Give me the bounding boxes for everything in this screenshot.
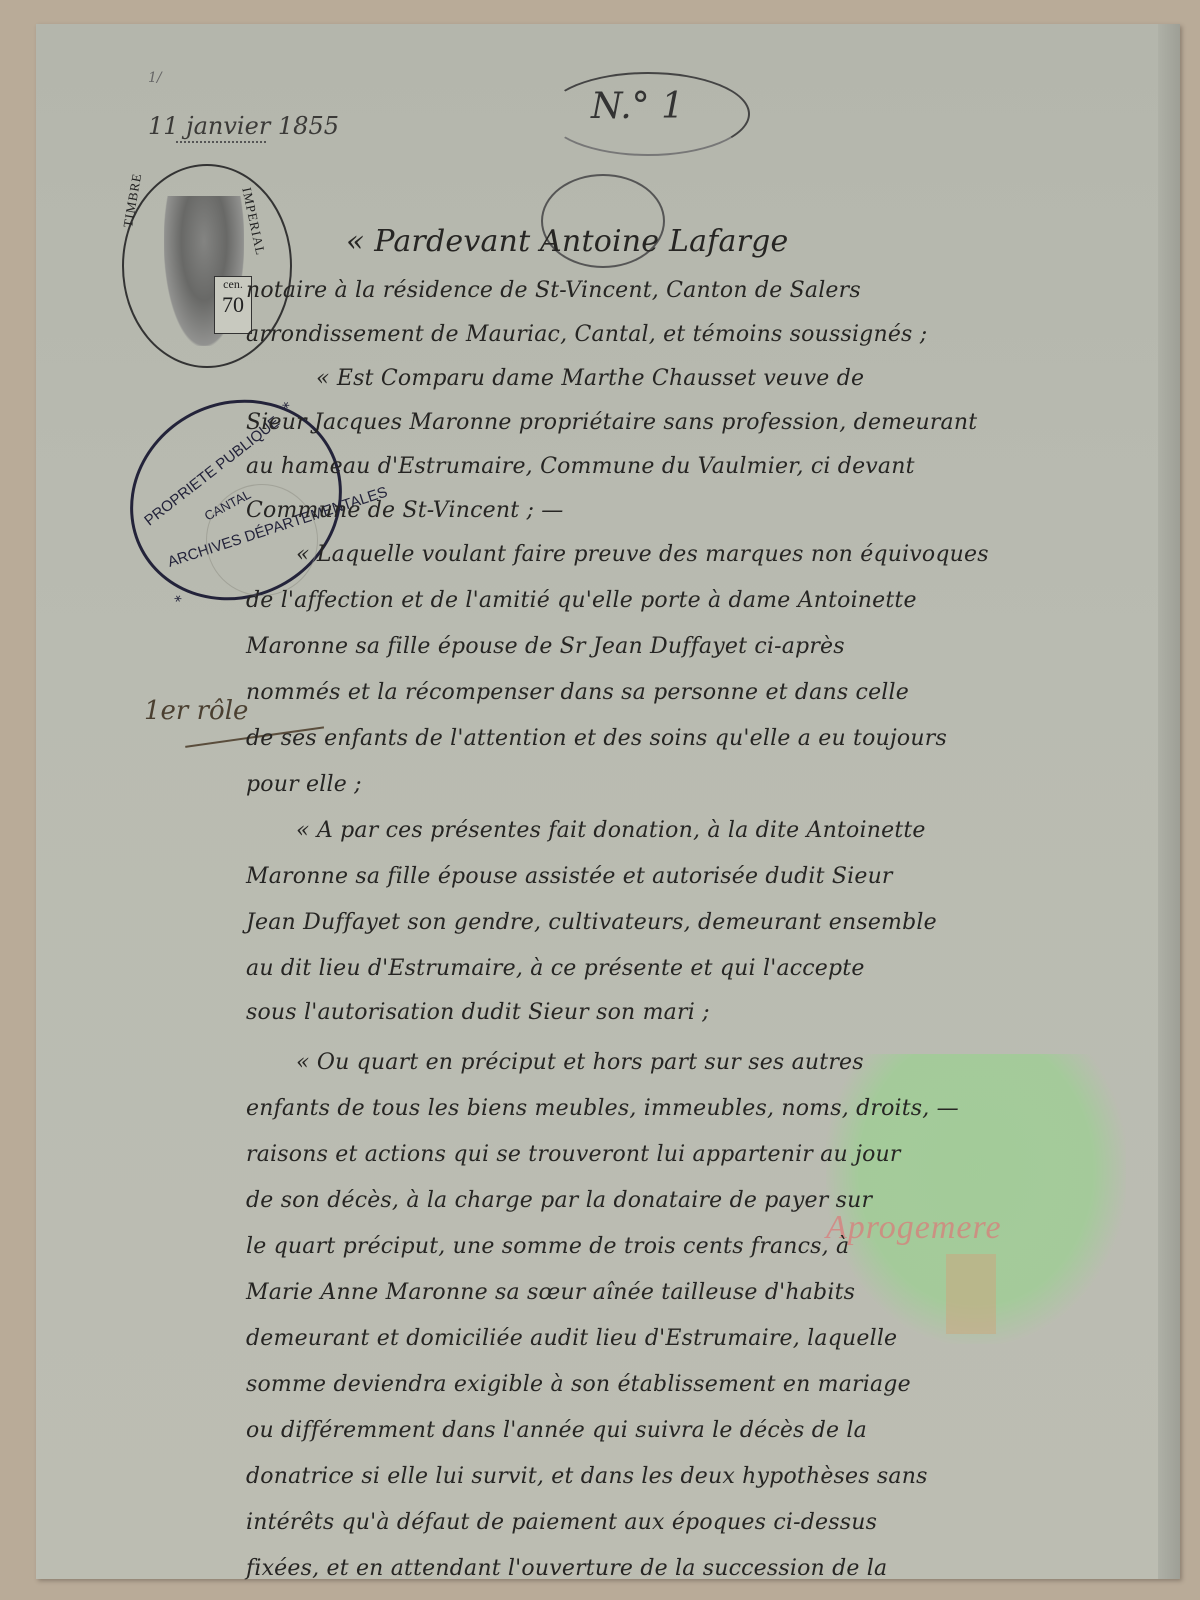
- corner-mark: 1/: [148, 70, 162, 86]
- text-line: de l'affection et de l'amitié qu'elle po…: [246, 588, 917, 613]
- star-icon: *: [173, 593, 187, 610]
- text-line: au hameau d'Estrumaire, Commune du Vaulm…: [246, 454, 915, 479]
- text-line: Commune de St-Vincent ; —: [246, 498, 563, 523]
- document-number: N.° 1: [591, 86, 684, 127]
- stamp-ring-left: TIMBRE: [120, 172, 145, 229]
- text-line: Jean Duffayet son gendre, cultivateurs, …: [246, 910, 937, 935]
- text-line: sous l'autorisation dudit Sieur son mari…: [246, 1000, 710, 1025]
- watermark-trunk: [946, 1254, 996, 1334]
- document-page: 1/ 11 janvier 1855 N.° 1 TIMBRE IMPERIAL…: [36, 24, 1180, 1579]
- watermark-text: Aprogemere: [826, 1209, 1002, 1247]
- text-line: raisons et actions qui se trouveront lui…: [246, 1142, 901, 1167]
- text-line: donatrice si elle lui survit, et dans le…: [246, 1464, 928, 1489]
- text-line: ou différemment dans l'année qui suivra …: [246, 1418, 867, 1443]
- text-line: Maronne sa fille épouse de Sr Jean Duffa…: [246, 634, 845, 659]
- document-date: 11 janvier 1855: [148, 112, 339, 140]
- text-line: demeurant et domiciliée audit lieu d'Est…: [246, 1326, 897, 1351]
- text-line: intérêts qu'à défaut de paiement aux épo…: [246, 1510, 877, 1535]
- date-underline: [176, 141, 266, 143]
- text-line: de son décès, à la charge par la donatai…: [246, 1188, 872, 1213]
- text-line: « Pardevant Antoine Lafarge: [346, 224, 788, 259]
- text-line: pour elle ;: [246, 772, 362, 797]
- text-line: nommés et la récompenser dans sa personn…: [246, 680, 909, 705]
- page-edge: [1158, 24, 1180, 1579]
- text-line: de ses enfants de l'attention et des soi…: [246, 726, 947, 751]
- text-line: arrondissement de Mauriac, Cantal, et té…: [246, 322, 927, 347]
- text-line: « Ou quart en préciput et hors part sur …: [296, 1050, 864, 1075]
- margin-note: 1er rôle: [144, 696, 248, 726]
- text-line: « A par ces présentes fait donation, à l…: [296, 818, 926, 843]
- text-line: Sieur Jacques Maronne propriétaire sans …: [246, 410, 977, 435]
- text-line: enfants de tous les biens meubles, immeu…: [246, 1096, 959, 1121]
- text-line: Maronne sa fille épouse assistée et auto…: [246, 864, 893, 889]
- text-line: le quart préciput, une somme de trois ce…: [246, 1234, 849, 1259]
- text-line: au dit lieu d'Estrumaire, à ce présente …: [246, 956, 865, 981]
- text-line: « Est Comparu dame Marthe Chausset veuve…: [316, 366, 864, 391]
- text-line: notaire à la résidence de St-Vincent, Ca…: [246, 278, 861, 303]
- text-line: Marie Anne Maronne sa sœur aînée tailleu…: [246, 1280, 855, 1305]
- text-line: fixées, et en attendant l'ouverture de l…: [246, 1556, 887, 1581]
- text-line: somme deviendra exigible à son établisse…: [246, 1372, 911, 1397]
- text-line: « Laquelle voulant faire preuve des marq…: [296, 542, 989, 567]
